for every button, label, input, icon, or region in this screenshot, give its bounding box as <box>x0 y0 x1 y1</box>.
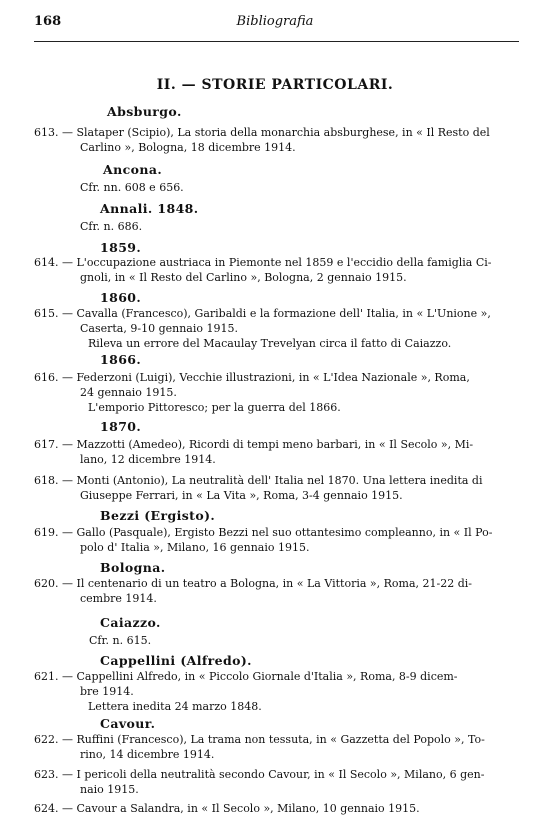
header-rule <box>34 41 519 42</box>
cross-reference: Cfr. nn. 608 e 656. <box>80 181 184 195</box>
entry-623-line-2: naio 1915. <box>80 783 139 797</box>
entry-613-line-2: Carlino », Bologna, 18 dicembre 1914. <box>80 141 296 155</box>
subject-heading: Cavour. <box>100 716 155 731</box>
subject-heading: Absburgo. <box>107 104 182 119</box>
entry-619-line-2: polo d' Italia », Milano, 16 gennaio 191… <box>80 541 309 555</box>
entry-616-line-1: 616. — Federzoni (Luigi), Vecchie illust… <box>34 371 470 385</box>
cross-reference: Cfr. n. 686. <box>80 220 142 234</box>
entry-622-line-1: 622. — Ruffini (Francesco), La trama non… <box>34 733 485 747</box>
entry-622-line-2: rino, 14 dicembre 1914. <box>80 748 214 762</box>
cross-reference: Cfr. n. 615. <box>89 634 151 648</box>
entry-621-line-1: 621. — Cappellini Alfredo, in « Piccolo … <box>34 670 458 684</box>
entry-615-annotation: Rileva un errore del Macaulay Trevelyan … <box>88 337 451 351</box>
entry-616-annotation: L'emporio Pittoresco; per la guerra del … <box>88 401 341 415</box>
entry-618-line-2: Giuseppe Ferrari, in « La Vita », Roma, … <box>80 489 403 503</box>
entry-623-line-1: 623. — I pericoli della neutralità secon… <box>34 768 484 782</box>
entry-614-line-1: 614. — L'occupazione austriaca in Piemon… <box>34 256 492 270</box>
entry-624-line-1: 624. — Cavour a Salandra, in « Il Secolo… <box>34 802 420 816</box>
entry-617-line-2: lano, 12 dicembre 1914. <box>80 453 216 467</box>
entry-617-line-1: 617. — Mazzotti (Amedeo), Ricordi di tem… <box>34 438 473 452</box>
entry-620-line-2: cembre 1914. <box>80 592 157 606</box>
running-header: 168 Bibliografia <box>34 14 516 34</box>
book-page: 168 Bibliografia II. — STORIE PARTICOLAR… <box>0 0 550 831</box>
subject-heading: Caiazzo. <box>100 615 161 630</box>
subject-heading: Cappellini (Alfredo). <box>100 653 252 668</box>
entry-614-line-2: gnoli, in « Il Resto del Carlino », Bolo… <box>80 271 407 285</box>
running-title: Bibliografia <box>34 14 516 29</box>
entry-616-line-2: 24 gennaio 1915. <box>80 386 177 400</box>
entry-620-line-1: 620. — Il centenario di un teatro a Bolo… <box>34 577 472 591</box>
subject-heading: Bologna. <box>100 560 165 575</box>
section-title: II. — STORIE PARTICOLARI. <box>0 77 550 93</box>
entry-615-line-1: 615. — Cavalla (Francesco), Garibaldi e … <box>34 307 491 321</box>
entry-619-line-1: 619. — Gallo (Pasquale), Ergisto Bezzi n… <box>34 526 492 540</box>
entry-618-line-1: 618. — Monti (Antonio), La neutralità de… <box>34 474 482 488</box>
subject-heading: 1859. <box>100 240 141 255</box>
subject-heading: Bezzi (Ergisto). <box>100 508 215 523</box>
entry-621-line-2: bre 1914. <box>80 685 134 699</box>
subject-heading: 1870. <box>100 419 141 434</box>
subject-heading: 1860. <box>100 290 141 305</box>
subject-heading: Annali. 1848. <box>100 201 199 216</box>
subject-heading: Ancona. <box>103 162 162 177</box>
subject-heading: 1866. <box>100 352 141 367</box>
entry-621-annotation: Lettera inedita 24 marzo 1848. <box>88 700 262 714</box>
entry-613-line-1: 613. — Slataper (Scipio), La storia dell… <box>34 126 490 140</box>
entry-615-line-2: Caserta, 9-10 gennaio 1915. <box>80 322 238 336</box>
